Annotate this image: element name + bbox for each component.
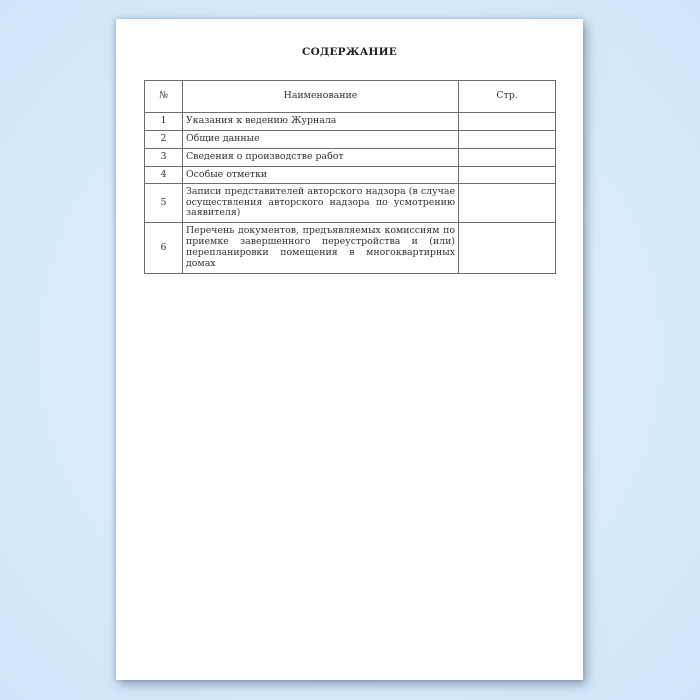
- row-number: 1: [145, 113, 183, 131]
- row-number: 2: [145, 131, 183, 149]
- row-number: 5: [145, 184, 183, 223]
- row-page: [459, 223, 556, 274]
- row-page: [459, 149, 556, 167]
- row-name: Особые отметки: [183, 167, 459, 184]
- row-name: Указания к ведению Журнала: [183, 113, 459, 131]
- row-number: 3: [145, 149, 183, 167]
- document-page: СОДЕРЖАНИЕ № Наименование Стр. 1 Указани…: [116, 19, 583, 680]
- header-page: Стр.: [459, 81, 556, 113]
- row-name: Сведения о производстве работ: [183, 149, 459, 167]
- row-page: [459, 113, 556, 131]
- table-row: 6 Перечень документов, предъявляемых ком…: [145, 223, 556, 274]
- row-name: Записи представителей авторского надзора…: [183, 184, 459, 223]
- row-page: [459, 131, 556, 149]
- row-name: Перечень документов, предъявляемых комис…: [183, 223, 459, 274]
- table-row: 2 Общие данные: [145, 131, 556, 149]
- page-title: СОДЕРЖАНИЕ: [116, 46, 583, 58]
- contents-table: № Наименование Стр. 1 Указания к ведению…: [144, 80, 556, 274]
- table-row: 1 Указания к ведению Журнала: [145, 113, 556, 131]
- row-name: Общие данные: [183, 131, 459, 149]
- row-number: 4: [145, 167, 183, 184]
- table-row: 5 Записи представителей авторского надзо…: [145, 184, 556, 223]
- row-page: [459, 184, 556, 223]
- table-header-row: № Наименование Стр.: [145, 81, 556, 113]
- header-name: Наименование: [183, 81, 459, 113]
- table-row: 4 Особые отметки: [145, 167, 556, 184]
- header-number: №: [145, 81, 183, 113]
- row-number: 6: [145, 223, 183, 274]
- table-row: 3 Сведения о производстве работ: [145, 149, 556, 167]
- row-page: [459, 167, 556, 184]
